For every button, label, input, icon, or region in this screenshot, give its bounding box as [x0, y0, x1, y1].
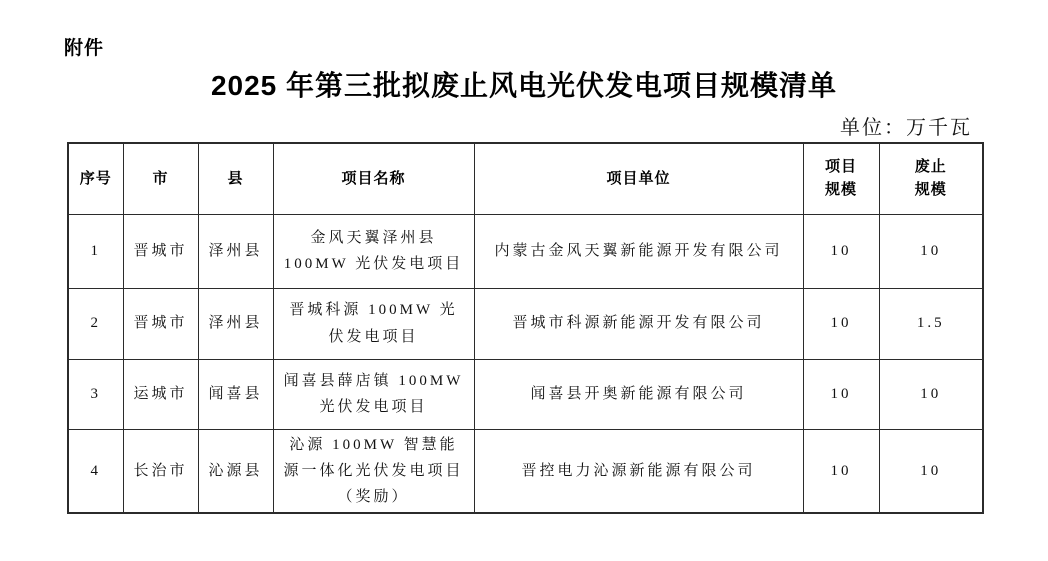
- col-header-city: 市: [123, 143, 198, 214]
- cell-project-name: 金风天翼泽州县 100MW 光伏发电项目: [273, 214, 474, 288]
- table-header-row: 序号 市 县 项目名称 项目单位 项目 规模 废止 规模: [68, 143, 983, 214]
- col-header-project-name: 项目名称: [273, 143, 474, 214]
- cell-cancel-scale: 10: [879, 359, 983, 429]
- document-page: 附件 2025 年第三批拟废止风电光伏发电项目规模清单 单位：万千瓦 序号 市 …: [0, 0, 1048, 561]
- col-header-seq: 序号: [68, 143, 123, 214]
- cell-seq: 2: [68, 288, 123, 359]
- cell-project-scale: 10: [803, 214, 879, 288]
- page-title: 2025 年第三批拟废止风电光伏发电项目规模清单: [0, 64, 1048, 104]
- cell-project-scale: 10: [803, 288, 879, 359]
- cell-county: 沁源县: [198, 429, 273, 513]
- cell-project-name: 沁源 100MW 智慧能源一体化光伏发电项目（奖励）: [273, 429, 474, 513]
- cell-county: 闻喜县: [198, 359, 273, 429]
- cell-project-unit: 内蒙古金风天翼新能源开发有限公司: [474, 214, 803, 288]
- col-header-project-scale: 项目 规模: [803, 143, 879, 214]
- cell-project-unit: 晋城市科源新能源开发有限公司: [474, 288, 803, 359]
- cell-city: 晋城市: [123, 288, 198, 359]
- cell-project-unit: 闻喜县开奥新能源有限公司: [474, 359, 803, 429]
- table-row: 3 运城市 闻喜县 闻喜县薛店镇 100MW 光伏发电项目 闻喜县开奥新能源有限…: [68, 359, 983, 429]
- cell-city: 运城市: [123, 359, 198, 429]
- cell-county: 泽州县: [198, 214, 273, 288]
- col-header-county: 县: [198, 143, 273, 214]
- project-cancellation-table: 序号 市 县 项目名称 项目单位 项目 规模 废止 规模 1 晋城市 泽州县 金…: [67, 142, 984, 514]
- unit-note: 单位：万千瓦: [840, 111, 972, 140]
- col-header-project-unit: 项目单位: [474, 143, 803, 214]
- cell-seq: 1: [68, 214, 123, 288]
- cell-cancel-scale: 10: [879, 214, 983, 288]
- cell-cancel-scale: 1.5: [879, 288, 983, 359]
- table-row: 1 晋城市 泽州县 金风天翼泽州县 100MW 光伏发电项目 内蒙古金风天翼新能…: [68, 214, 983, 288]
- cell-project-name: 闻喜县薛店镇 100MW 光伏发电项目: [273, 359, 474, 429]
- col-header-cancel-scale: 废止 规模: [879, 143, 983, 214]
- cell-project-scale: 10: [803, 359, 879, 429]
- cell-city: 晋城市: [123, 214, 198, 288]
- cell-project-unit: 晋控电力沁源新能源有限公司: [474, 429, 803, 513]
- cell-project-name: 晋城科源 100MW 光伏发电项目: [273, 288, 474, 359]
- cell-city: 长治市: [123, 429, 198, 513]
- cell-project-scale: 10: [803, 429, 879, 513]
- table-row: 4 长治市 沁源县 沁源 100MW 智慧能源一体化光伏发电项目（奖励） 晋控电…: [68, 429, 983, 513]
- table-row: 2 晋城市 泽州县 晋城科源 100MW 光伏发电项目 晋城市科源新能源开发有限…: [68, 288, 983, 359]
- cell-seq: 3: [68, 359, 123, 429]
- attachment-label: 附件: [64, 33, 104, 60]
- cell-seq: 4: [68, 429, 123, 513]
- cell-county: 泽州县: [198, 288, 273, 359]
- cell-cancel-scale: 10: [879, 429, 983, 513]
